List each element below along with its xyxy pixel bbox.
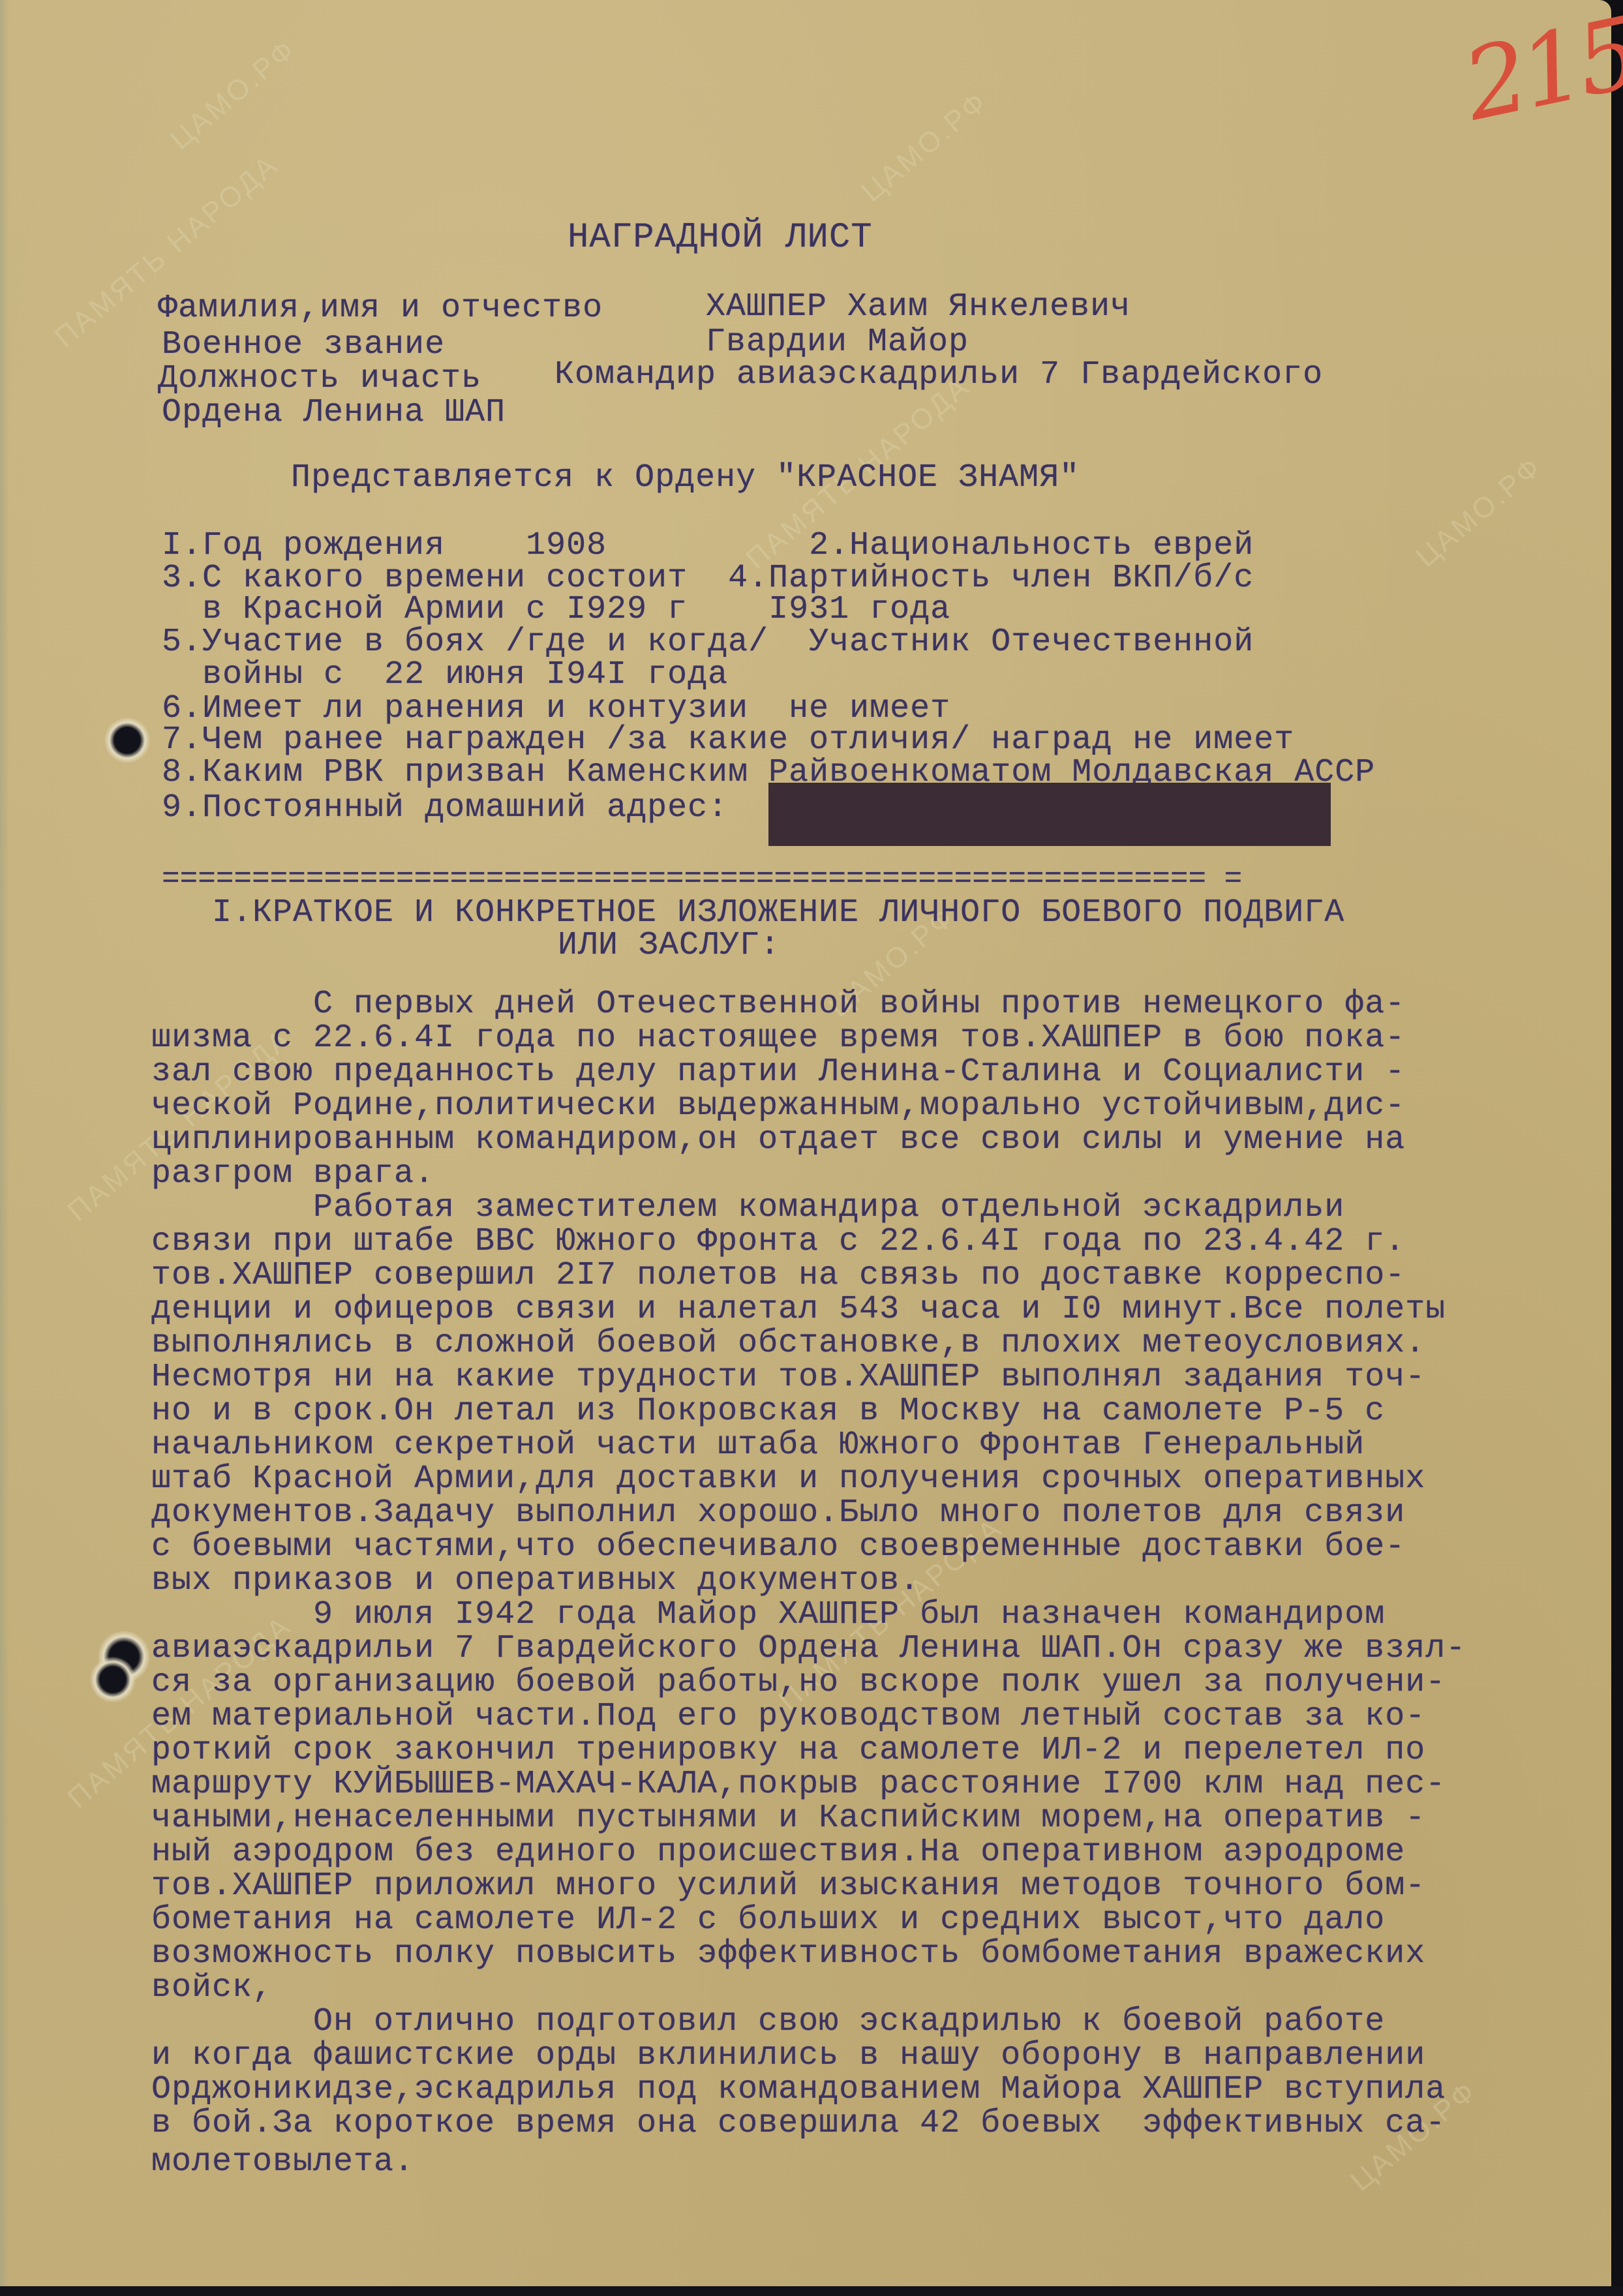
body-line: тов.ХАШПЕР совершил 2I7 полетов на связь… xyxy=(151,1260,1405,1292)
body-line: Орджоникидзе,эскадрилья под командование… xyxy=(151,2074,1446,2106)
body-line: но и в срок.Он летал из Покровская в Мос… xyxy=(151,1395,1385,1428)
body-line: циплинированным командиром,он отдает все… xyxy=(151,1124,1405,1156)
body-line: и когда фашистские орды вклинились в наш… xyxy=(151,2040,1425,2072)
page-edge xyxy=(0,0,9,2288)
field-7: 7.Чем ранее награжден /за какие отличия/… xyxy=(162,724,1294,757)
body-line: Работая заместителем командира отдельной… xyxy=(151,1192,1344,1224)
position-label: Должность ичасть xyxy=(158,363,481,395)
body-line: тов.ХАШПЕР приложил много усилий изыскан… xyxy=(151,1870,1425,1903)
body-line: маршруту КУЙБЫШЕВ-МАХАЧ-КАЛА,покрыв расс… xyxy=(151,1768,1446,1801)
body-line: 9 июля I942 года Майор ХАШПЕР был назнач… xyxy=(151,1599,1385,1631)
body-line: возможность полку повысить эффективность… xyxy=(151,1938,1425,1971)
rank-value: Гвардии Майор xyxy=(706,326,969,359)
field-6: 6.Имеет ли ранения и контузии не имеет xyxy=(162,693,950,725)
body-line: разгром врага. xyxy=(151,1158,434,1190)
body-line: денции и офицеров связи и налетал 543 ча… xyxy=(151,1293,1446,1326)
body-line: с боевыми частями,что обеспечивало своев… xyxy=(151,1531,1405,1563)
field-5-cont: войны с 22 июня I94I года xyxy=(162,659,728,691)
body-line: войск, xyxy=(151,1972,273,2004)
document-title: НАГРАДНОЙ ЛИСТ xyxy=(568,220,873,256)
body-line: Он отлично подготовил свою эскадрилью к … xyxy=(151,2006,1385,2038)
field-3-4: 3.С какого времени состоит 4.Партийность… xyxy=(162,562,1254,595)
body-line: Несмотря ни на какие трудности тов.ХАШПЕ… xyxy=(151,1361,1425,1394)
punch-hole xyxy=(104,717,150,763)
body-line: штаб Красной Армии,для доставки и получе… xyxy=(151,1463,1425,1496)
body-line: чаными,ненаселенными пустынями и Каспийс… xyxy=(151,1802,1425,1835)
body-line: ем материальной части.Под его руководств… xyxy=(151,1700,1425,1733)
field-5: 5.Участие в боях /где и когда/ Участник … xyxy=(162,626,1254,659)
section-heading: I.КРАТКОЕ И КОНКРЕТНОЕ ИЗЛОЖЕНИЕ ЛИЧНОГО… xyxy=(212,897,1344,929)
position-value-cont: Ордена Ленина ШАП xyxy=(162,397,506,429)
redacted-address xyxy=(768,783,1331,846)
body-line: авиаэскадрильи 7 Гвардейского Ордена Лен… xyxy=(151,1633,1466,1665)
body-line: С первых дней Отечественной войны против… xyxy=(151,988,1405,1021)
name-value: ХАШПЕР Хаим Янкелевич xyxy=(706,291,1130,324)
name-label: Фамилия,имя и отчество xyxy=(158,292,603,325)
separator-line: ========================================… xyxy=(162,864,1242,894)
body-line: ся за организацию боевой работы,но вскор… xyxy=(151,1667,1446,1699)
body-line: вых приказов и оперативных документов. xyxy=(151,1565,920,1597)
body-line: шизма с 22.6.4I года по настоящее время … xyxy=(151,1022,1405,1055)
scan-border xyxy=(0,2286,1623,2296)
body-line: ческой Родине,политически выдержанным,мо… xyxy=(151,1090,1405,1123)
body-line: зал свою преданность делу партии Ленина-… xyxy=(151,1056,1405,1089)
body-line: роткий срок закончил тренировку на самол… xyxy=(151,1734,1425,1767)
body-line: бометания на самолете ИЛ-2 с больших и с… xyxy=(151,1904,1385,1937)
body-line: в бой.За короткое время она совершила 42… xyxy=(151,2107,1446,2140)
body-line: ный аэродром без единого происшествия.На… xyxy=(151,1836,1405,1869)
body-line: выполнялись в сложной боевой обстановке,… xyxy=(151,1327,1425,1360)
body-line: документов.Задачу выполнил хорошо.Было м… xyxy=(151,1497,1405,1530)
field-1-2: I.Год рождения 1908 2.Национальность евр… xyxy=(162,530,1254,562)
section-heading-cont: ИЛИ ЗАСЛУГ: xyxy=(558,929,780,962)
nomination: Представляется к Ордену "КРАСНОЕ ЗНАМЯ" xyxy=(291,462,1080,494)
punch-hole xyxy=(90,1657,136,1702)
body-line: начальником секретной части штаба Южного… xyxy=(151,1429,1365,1462)
body-line: молетовылета. xyxy=(151,2146,414,2179)
body-line: связи при штабе ВВС Южного Фронта с 22.6… xyxy=(151,1226,1405,1258)
rank-label: Военное звание xyxy=(162,329,445,361)
field-3-4-cont: в Красной Армии с I929 г I931 года xyxy=(162,594,950,626)
field-9-address: 9.Постоянный домашний адрес: xyxy=(162,792,728,824)
position-value: Командир авиаэскадрильи 7 Гвардейского xyxy=(554,359,1323,391)
